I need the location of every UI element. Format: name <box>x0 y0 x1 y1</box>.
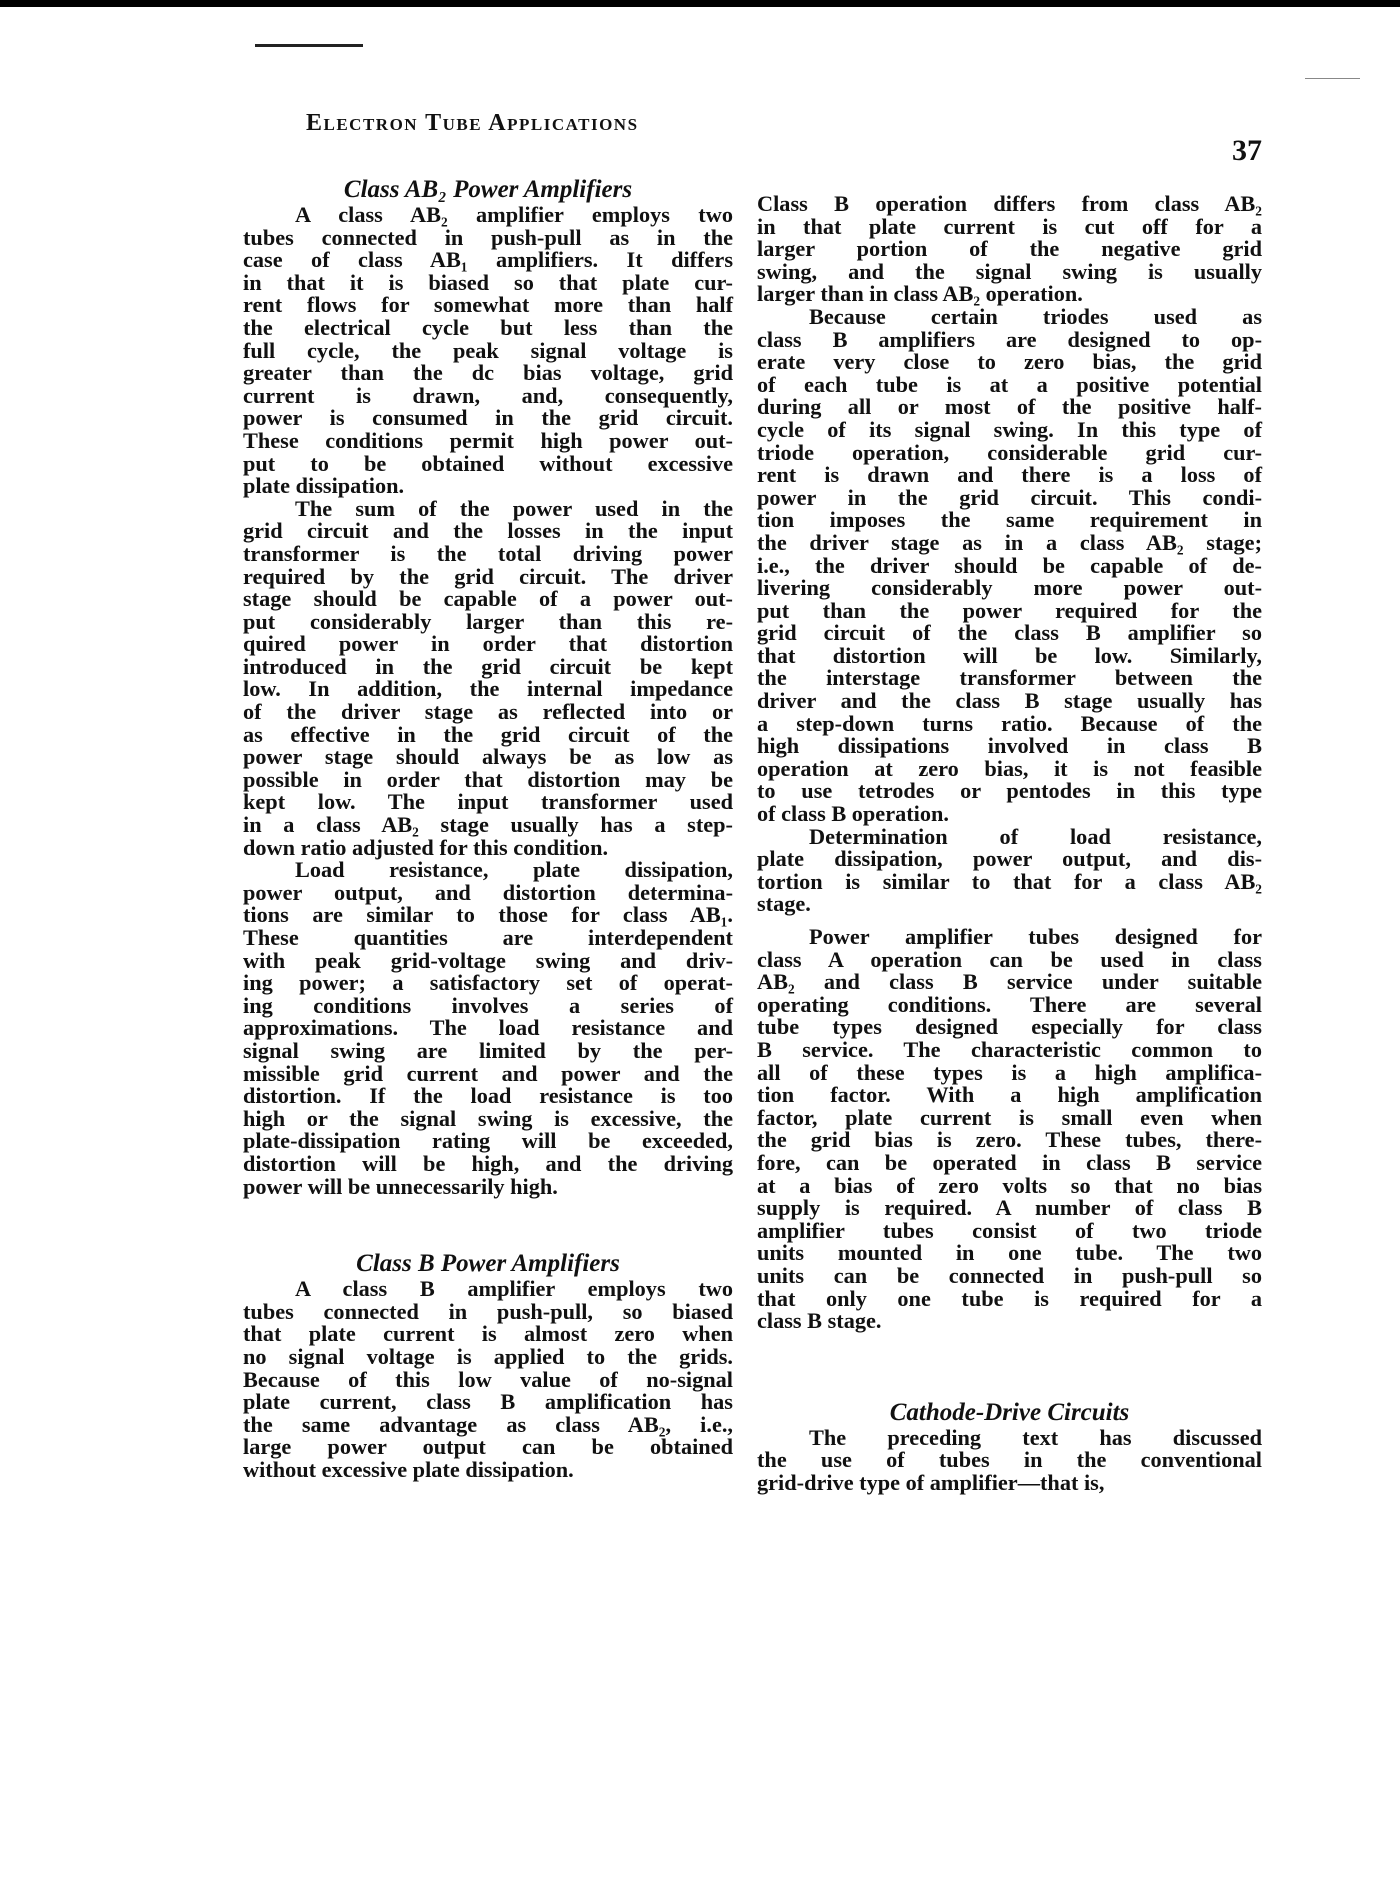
section-spacer <box>243 1198 733 1250</box>
text-line: signal swing are limited by the per- <box>243 1040 733 1063</box>
text-line: Class B operation differs from class AB₂ <box>757 193 1262 216</box>
text-line: put considerably larger than this re- <box>243 611 733 634</box>
text-line: units mounted in one tube. The two <box>757 1242 1262 1265</box>
text-line: case of class AB₁ amplifiers. It differs <box>243 249 733 272</box>
text-line: the grid bias is zero. These tubes, ther… <box>757 1129 1262 1152</box>
text-line: cycle of its signal swing. In this type … <box>757 419 1262 442</box>
text-line: possible in order that distortion may be <box>243 769 733 792</box>
text-line: power will be unnecessarily high. <box>243 1176 733 1199</box>
text-line: triode operation, considerable grid cur- <box>757 442 1262 465</box>
paragraph: Because certain triodes used asclass B a… <box>757 306 1262 826</box>
section-heading-class-b: Class B Power Amplifiers <box>243 1250 733 1278</box>
text-line: that distortion will be low. Similarly, <box>757 645 1262 668</box>
text-line: swing, and the signal swing is usually <box>757 261 1262 284</box>
text-line: These quantities are interdependent <box>243 927 733 950</box>
text-line: a step-down turns ratio. Because of the <box>757 713 1262 736</box>
text-line: plate-dissipation rating will be exceede… <box>243 1130 733 1153</box>
text-line: distortion will be high, and the driving <box>243 1153 733 1176</box>
paragraph: A class AB₂ amplifier employs twotubes c… <box>243 204 733 498</box>
text-line: quired power in order that distortion <box>243 633 733 656</box>
left-column: Class AB₂ Power Amplifiers A class AB₂ a… <box>243 176 733 1481</box>
text-line: fore, can be operated in class B service <box>757 1152 1262 1175</box>
text-line: A class AB₂ amplifier employs two <box>243 204 733 227</box>
paragraph: Load resistance, plate dissipation,power… <box>243 859 733 1198</box>
text-line: transformer is the total driving power <box>243 543 733 566</box>
paragraph: Determination of load resistance,plate d… <box>757 826 1262 916</box>
text-line: the same advantage as class AB₂, i.e., <box>243 1414 733 1437</box>
text-line: plate current, class B amplification has <box>243 1391 733 1414</box>
text-line: distortion. If the load resistance is to… <box>243 1085 733 1108</box>
text-line: during all or most of the positive half- <box>757 396 1262 419</box>
paragraph: A class B amplifier employs twotubes con… <box>243 1278 733 1481</box>
text-line: The preceding text has discussed <box>757 1427 1262 1450</box>
text-line: grid-drive type of amplifier—that is, <box>757 1472 1262 1495</box>
text-line: B service. The characteristic common to <box>757 1039 1262 1062</box>
text-line: plate dissipation, power output, and dis… <box>757 848 1262 871</box>
text-line: the electrical cycle but less than the <box>243 317 733 340</box>
text-line: as effective in the grid circuit of the <box>243 724 733 747</box>
text-line: power is consumed in the grid circuit. <box>243 407 733 430</box>
text-line: without excessive plate dissipation. <box>243 1459 733 1482</box>
text-line: These conditions permit high power out- <box>243 430 733 453</box>
text-line: that plate current is almost zero when <box>243 1323 733 1346</box>
text-line: in a class AB₂ stage usually has a step- <box>243 814 733 837</box>
text-line: kept low. The input transformer used <box>243 791 733 814</box>
text-line: larger than in class AB₂ operation. <box>757 283 1262 306</box>
text-line: low. In addition, the internal impedance <box>243 678 733 701</box>
text-line: in that plate current is cut off for a <box>757 216 1262 239</box>
text-line: units can be connected in push-pull so <box>757 1265 1262 1288</box>
text-line: current is drawn, and, consequently, <box>243 385 733 408</box>
text-line: rent flows for somewhat more than half <box>243 294 733 317</box>
scan-edge-mark <box>1305 78 1360 79</box>
text-line: livering considerably more power out- <box>757 577 1262 600</box>
text-line: factor, plate current is small even when <box>757 1107 1262 1130</box>
scan-top-border <box>0 0 1400 7</box>
paragraph: The preceding text has discussedthe use … <box>757 1427 1262 1495</box>
text-line: class B amplifiers are designed to op- <box>757 329 1262 352</box>
paragraph: Class B operation differs from class AB₂… <box>757 193 1262 306</box>
text-line: larger portion of the negative grid <box>757 238 1262 261</box>
text-line: with peak grid-voltage swing and driv- <box>243 950 733 973</box>
text-line: down ratio adjusted for this condition. <box>243 837 733 860</box>
text-line: ing conditions involves a series of <box>243 995 733 1018</box>
text-line: high dissipations involved in class B <box>757 735 1262 758</box>
text-line: A class B amplifier employs two <box>243 1278 733 1301</box>
paragraph: The sum of the power used in thegrid cir… <box>243 498 733 860</box>
text-line: rent is drawn and there is a loss of <box>757 464 1262 487</box>
text-line: power in the grid circuit. This condi- <box>757 487 1262 510</box>
text-line: ing power; a satisfactory set of operat- <box>243 972 733 995</box>
text-line: approximations. The load resistance and <box>243 1017 733 1040</box>
text-line: Determination of load resistance, <box>757 826 1262 849</box>
text-line: operating conditions. There are several <box>757 994 1262 1017</box>
text-line: stage. <box>757 893 1262 916</box>
text-line: Because certain triodes used as <box>757 306 1262 329</box>
section-heading-cathode-drive: Cathode-Drive Circuits <box>757 1399 1262 1427</box>
text-line: driver and the class B stage usually has <box>757 690 1262 713</box>
text-line: grid circuit and the losses in the input <box>243 520 733 543</box>
text-line: tubes connected in push-pull as in the <box>243 227 733 250</box>
text-line: full cycle, the peak signal voltage is <box>243 340 733 363</box>
text-line: tion factor. With a high amplification <box>757 1084 1262 1107</box>
running-head: Electron Tube Applications <box>306 110 639 137</box>
text-line: required by the grid circuit. The driver <box>243 566 733 589</box>
text-line: supply is required. A number of class B <box>757 1197 1262 1220</box>
text-line: of class B operation. <box>757 803 1262 826</box>
text-line: Load resistance, plate dissipation, <box>243 859 733 882</box>
text-line: erate very close to zero bias, the grid <box>757 351 1262 374</box>
section-spacer <box>757 1333 1262 1399</box>
text-line: AB₂ and class B service under suitable <box>757 971 1262 994</box>
text-line: no signal voltage is applied to the grid… <box>243 1346 733 1369</box>
text-line: class A operation can be used in class <box>757 949 1262 972</box>
text-line: put to be obtained without excessive <box>243 453 733 476</box>
text-line: tortion is similar to that for a class A… <box>757 871 1262 894</box>
text-line: missible grid current and power and the <box>243 1063 733 1086</box>
text-line: power stage should always be as low as <box>243 746 733 769</box>
text-line: of the driver stage as reflected into or <box>243 701 733 724</box>
scan-rule-mark <box>255 44 363 47</box>
text-line: tions are similar to those for class AB₁… <box>243 904 733 927</box>
text-line: in that it is biased so that plate cur- <box>243 272 733 295</box>
text-line: the use of tubes in the conventional <box>757 1449 1262 1472</box>
text-line: tion imposes the same requirement in <box>757 509 1262 532</box>
text-line: Power amplifier tubes designed for <box>757 926 1262 949</box>
text-line: tube types designed especially for class <box>757 1016 1262 1039</box>
text-line: class B stage. <box>757 1310 1262 1333</box>
page-number: 37 <box>1232 134 1262 168</box>
text-line: greater than the dc bias voltage, grid <box>243 362 733 385</box>
text-line: at a bias of zero volts so that no bias <box>757 1175 1262 1198</box>
text-line: plate dissipation. <box>243 475 733 498</box>
text-line: tubes connected in push-pull, so biased <box>243 1301 733 1324</box>
text-line: to use tetrodes or pentodes in this type <box>757 780 1262 803</box>
text-line: all of these types is a high amplifica- <box>757 1062 1262 1085</box>
paragraph: Power amplifier tubes designed forclass … <box>757 926 1262 1333</box>
text-line: operation at zero bias, it is not feasib… <box>757 758 1262 781</box>
text-line: the interstage transformer between the <box>757 667 1262 690</box>
text-line: stage should be capable of a power out- <box>243 588 733 611</box>
right-column: Class B operation differs from class AB₂… <box>757 193 1262 1494</box>
text-line: put than the power required for the <box>757 600 1262 623</box>
text-line: of each tube is at a positive potential <box>757 374 1262 397</box>
text-line: that only one tube is required for a <box>757 1288 1262 1311</box>
text-line: Because of this low value of no-signal <box>243 1369 733 1392</box>
text-line: power output, and distortion determina- <box>243 882 733 905</box>
text-line: grid circuit of the class B amplifier so <box>757 622 1262 645</box>
text-line: the driver stage as in a class AB₂ stage… <box>757 532 1262 555</box>
text-line: large power output can be obtained <box>243 1436 733 1459</box>
text-line: i.e., the driver should be capable of de… <box>757 555 1262 578</box>
text-line: high or the signal swing is excessive, t… <box>243 1108 733 1131</box>
section-heading-class-ab2: Class AB₂ Power Amplifiers <box>243 176 733 204</box>
text-line: introduced in the grid circuit be kept <box>243 656 733 679</box>
text-line: The sum of the power used in the <box>243 498 733 521</box>
text-line: amplifier tubes consist of two triode <box>757 1220 1262 1243</box>
